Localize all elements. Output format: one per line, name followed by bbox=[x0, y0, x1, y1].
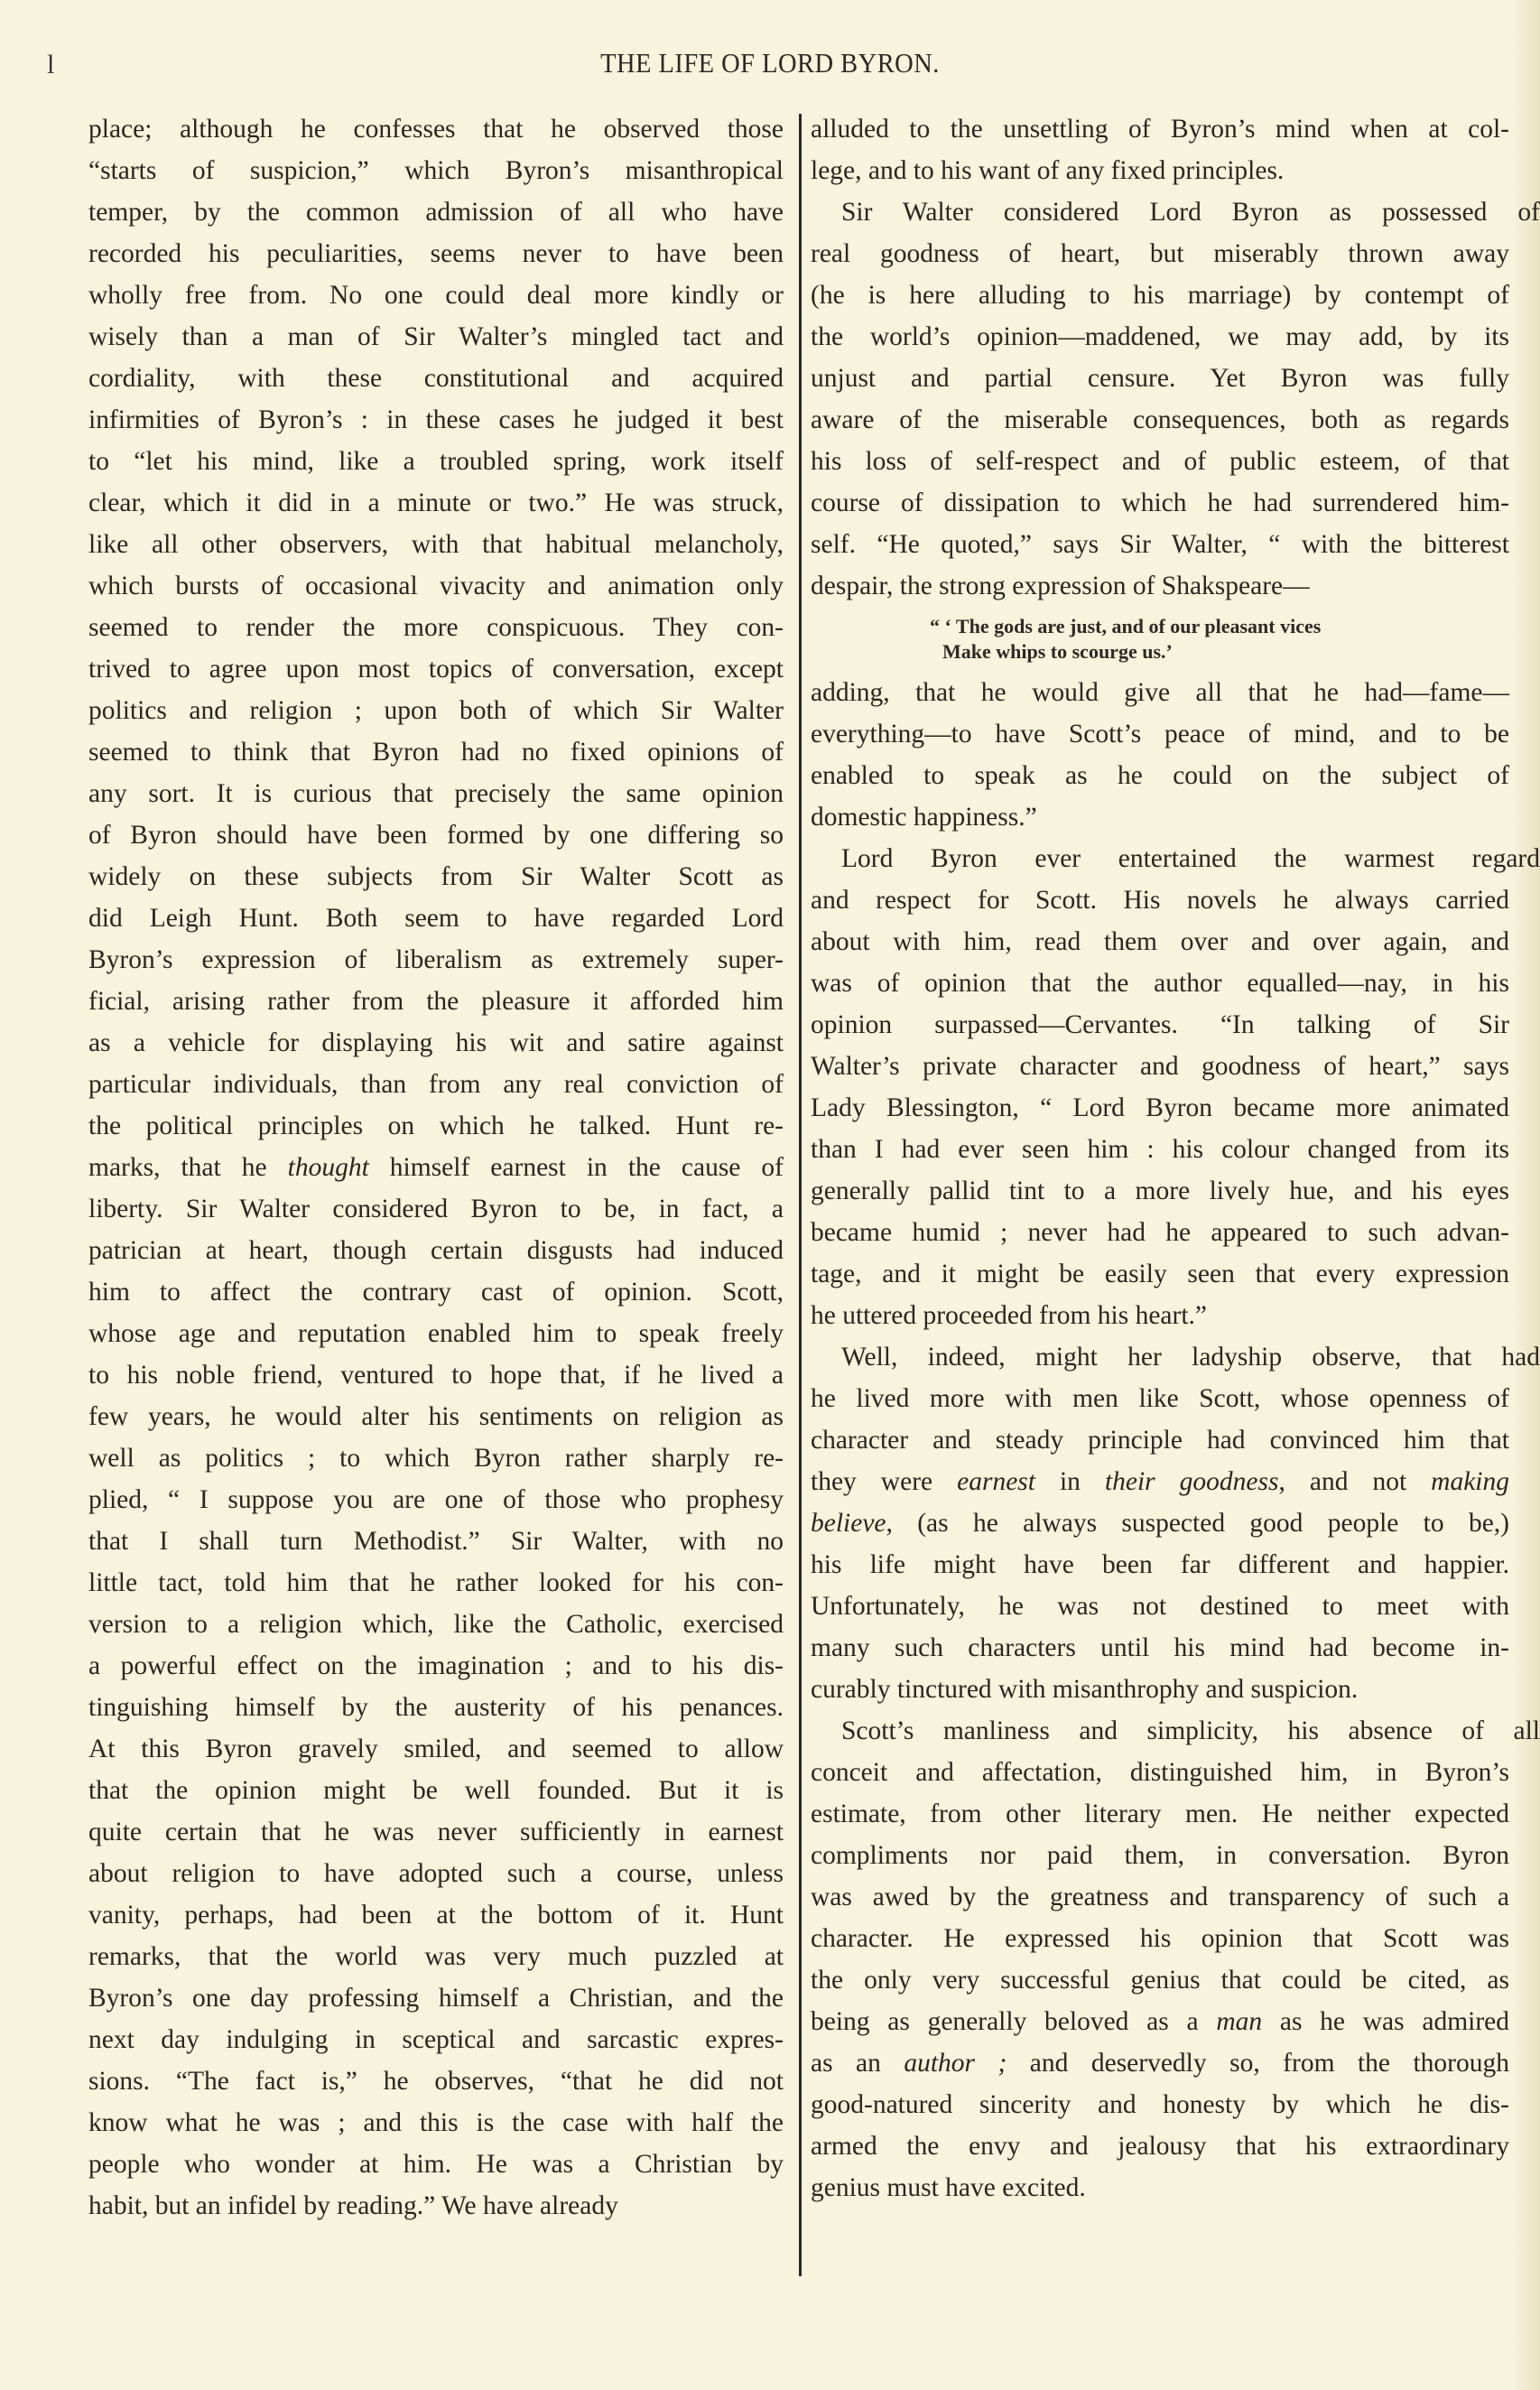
text-line: real goodness of heart, but miserably th… bbox=[811, 233, 1509, 274]
verse-line: “ ‘ The gods are just, and of our pleasa… bbox=[930, 614, 1509, 639]
text-line: character. He expressed his opinion that… bbox=[811, 1918, 1509, 1959]
text-line: liberty. Sir Walter considered Byron to … bbox=[88, 1188, 784, 1230]
text-line: recorded his peculiarities, seems never … bbox=[88, 233, 784, 274]
italic-emphasis: their goodness bbox=[1105, 1467, 1279, 1496]
text-line: armed the envy and jealousy that his ext… bbox=[811, 2125, 1509, 2167]
text-line: to his noble friend, ventured to hope th… bbox=[88, 1354, 784, 1396]
text-line: habit, but an infidel by reading.” We ha… bbox=[88, 2185, 784, 2227]
text-line: Walter’s private character and goodness … bbox=[811, 1046, 1509, 1087]
text-line: unjust and partial censure. Yet Byron wa… bbox=[811, 358, 1509, 399]
text-line: as an author ; and deservedly so, from t… bbox=[811, 2042, 1509, 2084]
text-line: sions. “The fact is,” he observes, “that… bbox=[88, 2060, 784, 2102]
text-line: generally pallid tint to a more lively h… bbox=[811, 1170, 1509, 1212]
right-column: alluded to the unsettling of Byron’s min… bbox=[811, 108, 1509, 2209]
text-line: conceit and affectation, distinguished h… bbox=[811, 1752, 1509, 1793]
text-line: about religion to have adopted such a co… bbox=[88, 1853, 784, 1894]
text-line: that I shall turn Methodist.” Sir Walter… bbox=[88, 1520, 784, 1562]
text-line: self. “He quoted,” says Sir Walter, “ wi… bbox=[811, 524, 1509, 565]
running-head: THE LIFE OF LORD BYRON. bbox=[61, 45, 1479, 81]
text-line: cordiality, with these constitutional an… bbox=[88, 358, 784, 399]
text-line: he uttered proceeded from his heart.” bbox=[811, 1295, 1509, 1336]
text-line: “starts of suspicion,” which Byron’s mis… bbox=[88, 150, 784, 191]
text-line: (he is here alluding to his marriage) by… bbox=[811, 274, 1509, 316]
text-line: was awed by the greatness and transparen… bbox=[811, 1876, 1509, 1918]
verse-line: Make whips to scourge us.’ bbox=[930, 639, 1509, 665]
italic-emphasis: author ; bbox=[904, 2049, 1007, 2078]
text-line: plied, “ I suppose you are one of those … bbox=[88, 1479, 784, 1520]
text-line: than I had ever seen him : his colour ch… bbox=[811, 1129, 1509, 1170]
text-line: widely on these subjects from Sir Walter… bbox=[88, 856, 784, 897]
text-line: his life might have been far different a… bbox=[811, 1544, 1509, 1586]
text-line: seemed to render the more conspicuous. T… bbox=[88, 607, 784, 648]
text-line: Byron’s one day professing himself a Chr… bbox=[88, 1977, 784, 2019]
text-line: infirmities of Byron’s : in these cases … bbox=[88, 399, 784, 441]
italic-emphasis: earnest bbox=[957, 1467, 1035, 1496]
text-line: people who wonder at him. He was a Chris… bbox=[88, 2144, 784, 2185]
text-line: domestic happiness.” bbox=[811, 796, 1509, 838]
text-line: was of opinion that the author equalled—… bbox=[811, 963, 1509, 1004]
text-line: tage, and it might be easily seen that e… bbox=[811, 1253, 1509, 1295]
text-line: compliments nor paid them, in conversati… bbox=[811, 1835, 1509, 1876]
text-line: place; although he confesses that he obs… bbox=[88, 108, 784, 150]
text-line: his loss of self-respect and of public e… bbox=[811, 441, 1509, 482]
text-line: the only very successful genius that cou… bbox=[811, 1959, 1509, 2001]
text-line: particular individuals, than from any re… bbox=[88, 1064, 784, 1105]
text-line: Sir Walter considered Lord Byron as poss… bbox=[811, 191, 1540, 233]
text-line: like all other observers, with that habi… bbox=[88, 524, 784, 565]
text-line: character and steady principle had convi… bbox=[811, 1419, 1509, 1461]
text-line: well as politics ; to which Byron rather… bbox=[88, 1437, 784, 1479]
italic-emphasis: believe bbox=[811, 1509, 886, 1538]
text-line: Lord Byron ever entertained the warmest … bbox=[811, 838, 1540, 879]
text-line: curably tinctured with misanthrophy and … bbox=[811, 1669, 1509, 1710]
text-line: clear, which it did in a minute or two.”… bbox=[88, 482, 784, 524]
text-line: about with him, read them over and over … bbox=[811, 921, 1509, 963]
text-line: genius must have excited. bbox=[811, 2167, 1509, 2209]
text-line: next day indulging in sceptical and sarc… bbox=[88, 2019, 784, 2060]
text-line: Lady Blessington, “ Lord Byron became mo… bbox=[811, 1087, 1509, 1129]
text-line: tinguishing himself by the austerity of … bbox=[88, 1687, 784, 1728]
text-line: believe, (as he always suspected good pe… bbox=[811, 1502, 1509, 1544]
text-line: Well, indeed, might her ladyship observe… bbox=[811, 1336, 1540, 1378]
italic-emphasis: man bbox=[1216, 2007, 1262, 2036]
text-line: which bursts of occasional vivacity and … bbox=[88, 565, 784, 607]
text-line: alluded to the unsettling of Byron’s min… bbox=[811, 108, 1509, 150]
text-line: trived to agree upon most topics of conv… bbox=[88, 648, 784, 690]
text-line: enabled to speak as he could on the subj… bbox=[811, 755, 1509, 796]
column-divider bbox=[799, 114, 802, 2276]
verse-quotation: “ ‘ The gods are just, and of our pleasa… bbox=[811, 607, 1509, 672]
italic-emphasis: thought bbox=[288, 1153, 369, 1182]
page-edge-shadow bbox=[1513, 0, 1540, 2390]
text-line: wisely than a man of Sir Walter’s mingle… bbox=[88, 316, 784, 358]
text-line: Scott’s manliness and simplicity, his ab… bbox=[811, 1710, 1540, 1752]
text-line: temper, by the common admission of all w… bbox=[88, 191, 784, 233]
text-line: him to affect the contrary cast of opini… bbox=[88, 1271, 784, 1313]
text-line: version to a religion which, like the Ca… bbox=[88, 1604, 784, 1645]
text-line: politics and religion ; upon both of whi… bbox=[88, 690, 784, 731]
text-line: know what he was ; and this is the case … bbox=[88, 2102, 784, 2144]
text-line: everything—to have Scott’s peace of mind… bbox=[811, 713, 1509, 755]
text-line: quite certain that he was never sufficie… bbox=[88, 1811, 784, 1853]
right-column-text-before-verse: alluded to the unsettling of Byron’s min… bbox=[811, 108, 1509, 607]
text-line: opinion surpassed—Cervantes. “In talking… bbox=[811, 1004, 1509, 1046]
right-column-text-after-verse: adding, that he would give all that he h… bbox=[811, 672, 1509, 2209]
text-line: he lived more with men like Scott, whose… bbox=[811, 1378, 1509, 1419]
text-line: At this Byron gravely smiled, and seemed… bbox=[88, 1728, 784, 1770]
text-line: the political principles on which he tal… bbox=[88, 1105, 784, 1147]
text-line: Unfortunately, he was not destined to me… bbox=[811, 1586, 1509, 1627]
text-line: course of dissipation to which he had su… bbox=[811, 482, 1509, 524]
text-line: Byron’s expression of liberalism as extr… bbox=[88, 939, 784, 981]
text-line: patrician at heart, though certain disgu… bbox=[88, 1230, 784, 1271]
text-line: adding, that he would give all that he h… bbox=[811, 672, 1509, 713]
text-line: and respect for Scott. His novels he alw… bbox=[811, 879, 1509, 921]
text-line: as a vehicle for displaying his wit and … bbox=[88, 1022, 784, 1064]
text-line: despair, the strong expression of Shaksp… bbox=[811, 565, 1509, 607]
text-line: many such characters until his mind had … bbox=[811, 1627, 1509, 1669]
text-line: did Leigh Hunt. Both seem to have regard… bbox=[88, 897, 784, 939]
text-line: few years, he would alter his sentiments… bbox=[88, 1396, 784, 1437]
left-column: place; although he confesses that he obs… bbox=[88, 108, 784, 2227]
text-line: became humid ; never had he appeared to … bbox=[811, 1212, 1509, 1253]
text-line: of Byron should have been formed by one … bbox=[88, 814, 784, 856]
italic-emphasis: making bbox=[1431, 1467, 1509, 1496]
page-number-fragment: l bbox=[47, 47, 54, 83]
text-line: they were earnest in their goodness, and… bbox=[811, 1461, 1509, 1502]
text-line: the world’s opinion—maddened, we may add… bbox=[811, 316, 1509, 358]
text-line: aware of the miserable consequences, bot… bbox=[811, 399, 1509, 441]
text-line: marks, that he thought himself earnest i… bbox=[88, 1147, 784, 1188]
text-line: a powerful effect on the imagination ; a… bbox=[88, 1645, 784, 1687]
text-line: good-natured sincerity and honesty by wh… bbox=[811, 2084, 1509, 2125]
text-line: estimate, from other literary men. He ne… bbox=[811, 1793, 1509, 1835]
text-line: wholly free from. No one could deal more… bbox=[88, 274, 784, 316]
text-line: lege, and to his want of any fixed princ… bbox=[811, 150, 1509, 191]
text-line: vanity, perhaps, had been at the bottom … bbox=[88, 1894, 784, 1936]
text-line: seemed to think that Byron had no fixed … bbox=[88, 731, 784, 773]
text-line: being as generally beloved as a man as h… bbox=[811, 2001, 1509, 2042]
text-line: remarks, that the world was very much pu… bbox=[88, 1936, 784, 1977]
text-line: whose age and reputation enabled him to … bbox=[88, 1313, 784, 1354]
text-line: ficial, arising rather from the pleasure… bbox=[88, 981, 784, 1022]
text-line: to “let his mind, like a troubled spring… bbox=[88, 441, 784, 482]
text-line: little tact, told him that he rather loo… bbox=[88, 1562, 784, 1604]
text-line: that the opinion might be well founded. … bbox=[88, 1770, 784, 1811]
text-line: any sort. It is curious that precisely t… bbox=[88, 773, 784, 814]
